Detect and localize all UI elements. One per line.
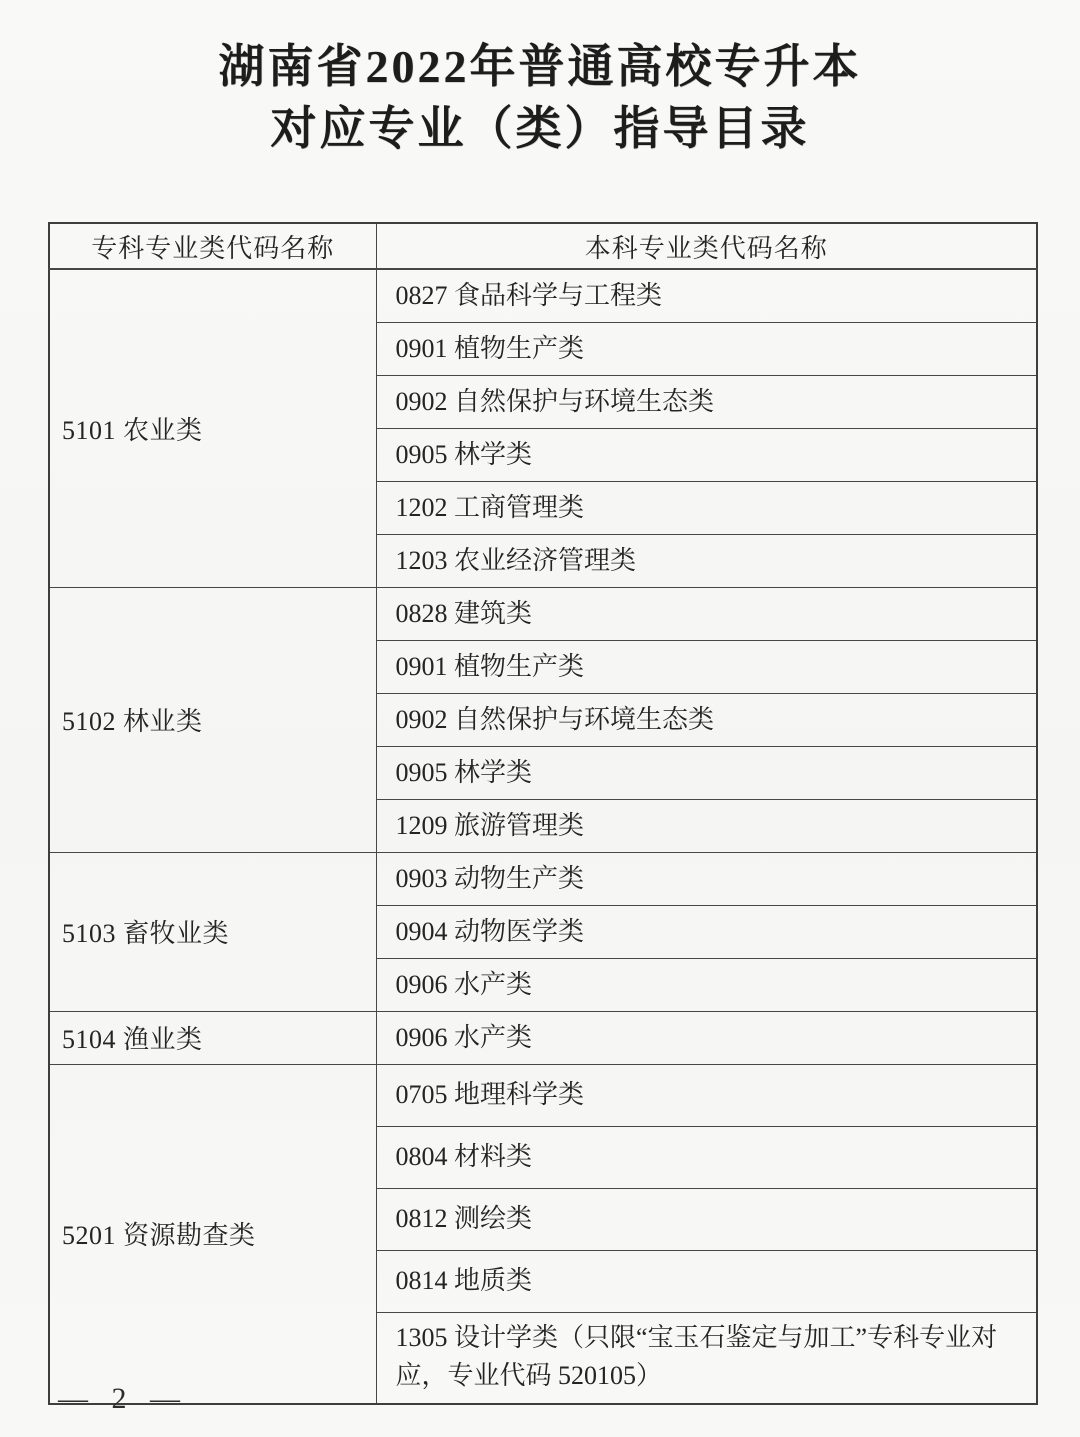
- undergrad-major-cell: 1203 农业经济管理类: [376, 534, 1037, 587]
- table-row: 5101 农业类 0827 食品科学与工程类: [49, 269, 1037, 322]
- junior-category-cell: 5103 畜牧业类: [49, 852, 376, 1011]
- undergrad-major-cell: 0804 材料类: [376, 1126, 1037, 1188]
- undergrad-major-cell: 1209 旅游管理类: [376, 799, 1037, 852]
- page-number: — 2 —: [58, 1382, 188, 1416]
- undergrad-major-cell: 0812 测绘类: [376, 1188, 1037, 1250]
- undergrad-major-cell: 0905 林学类: [376, 746, 1037, 799]
- table-row: 5201 资源勘查类 0705 地理科学类: [49, 1064, 1037, 1126]
- column-header-undergraduate: 本科专业类代码名称: [376, 223, 1037, 269]
- undergrad-major-cell: 1305 设计学类（只限“宝玉石鉴定与加工”专科专业对应，专业代码 520105…: [376, 1312, 1037, 1404]
- undergrad-major-cell: 0827 食品科学与工程类: [376, 269, 1037, 322]
- document-title: 湖南省2022年普通高校专升本 对应专业（类）指导目录: [0, 36, 1080, 160]
- undergrad-major-cell: 0905 林学类: [376, 428, 1037, 481]
- undergrad-major-cell: 0906 水产类: [376, 958, 1037, 1011]
- undergrad-major-cell: 0903 动物生产类: [376, 852, 1037, 905]
- majors-catalog-table: 专科专业类代码名称 本科专业类代码名称 5101 农业类 0827 食品科学与工…: [48, 222, 1038, 1405]
- undergrad-major-cell: 0901 植物生产类: [376, 640, 1037, 693]
- table-header-row: 专科专业类代码名称 本科专业类代码名称: [49, 223, 1037, 269]
- undergrad-major-cell: 0828 建筑类: [376, 587, 1037, 640]
- undergrad-major-cell: 0906 水产类: [376, 1011, 1037, 1064]
- table-row: 5103 畜牧业类 0903 动物生产类: [49, 852, 1037, 905]
- table-row: 5104 渔业类 0906 水产类: [49, 1011, 1037, 1064]
- junior-category-cell: 5102 林业类: [49, 587, 376, 852]
- junior-category-cell: 5201 资源勘查类: [49, 1064, 376, 1404]
- table-row: 5102 林业类 0828 建筑类: [49, 587, 1037, 640]
- undergrad-major-cell: 0902 自然保护与环境生态类: [376, 693, 1037, 746]
- undergrad-major-cell: 1202 工商管理类: [376, 481, 1037, 534]
- document-title-line-2: 对应专业（类）指导目录: [0, 98, 1080, 160]
- junior-category-cell: 5104 渔业类: [49, 1011, 376, 1064]
- document-title-line-1: 湖南省2022年普通高校专升本: [0, 36, 1080, 98]
- undergrad-major-cell: 0814 地质类: [376, 1250, 1037, 1312]
- undergrad-major-cell: 0902 自然保护与环境生态类: [376, 375, 1037, 428]
- junior-category-cell: 5101 农业类: [49, 269, 376, 587]
- undergrad-major-cell: 0901 植物生产类: [376, 322, 1037, 375]
- undergrad-major-cell: 0705 地理科学类: [376, 1064, 1037, 1126]
- undergrad-major-cell: 0904 动物医学类: [376, 905, 1037, 958]
- document-page: 湖南省2022年普通高校专升本 对应专业（类）指导目录 专科专业类代码名称 本科…: [0, 0, 1080, 1437]
- column-header-junior-college: 专科专业类代码名称: [49, 223, 376, 269]
